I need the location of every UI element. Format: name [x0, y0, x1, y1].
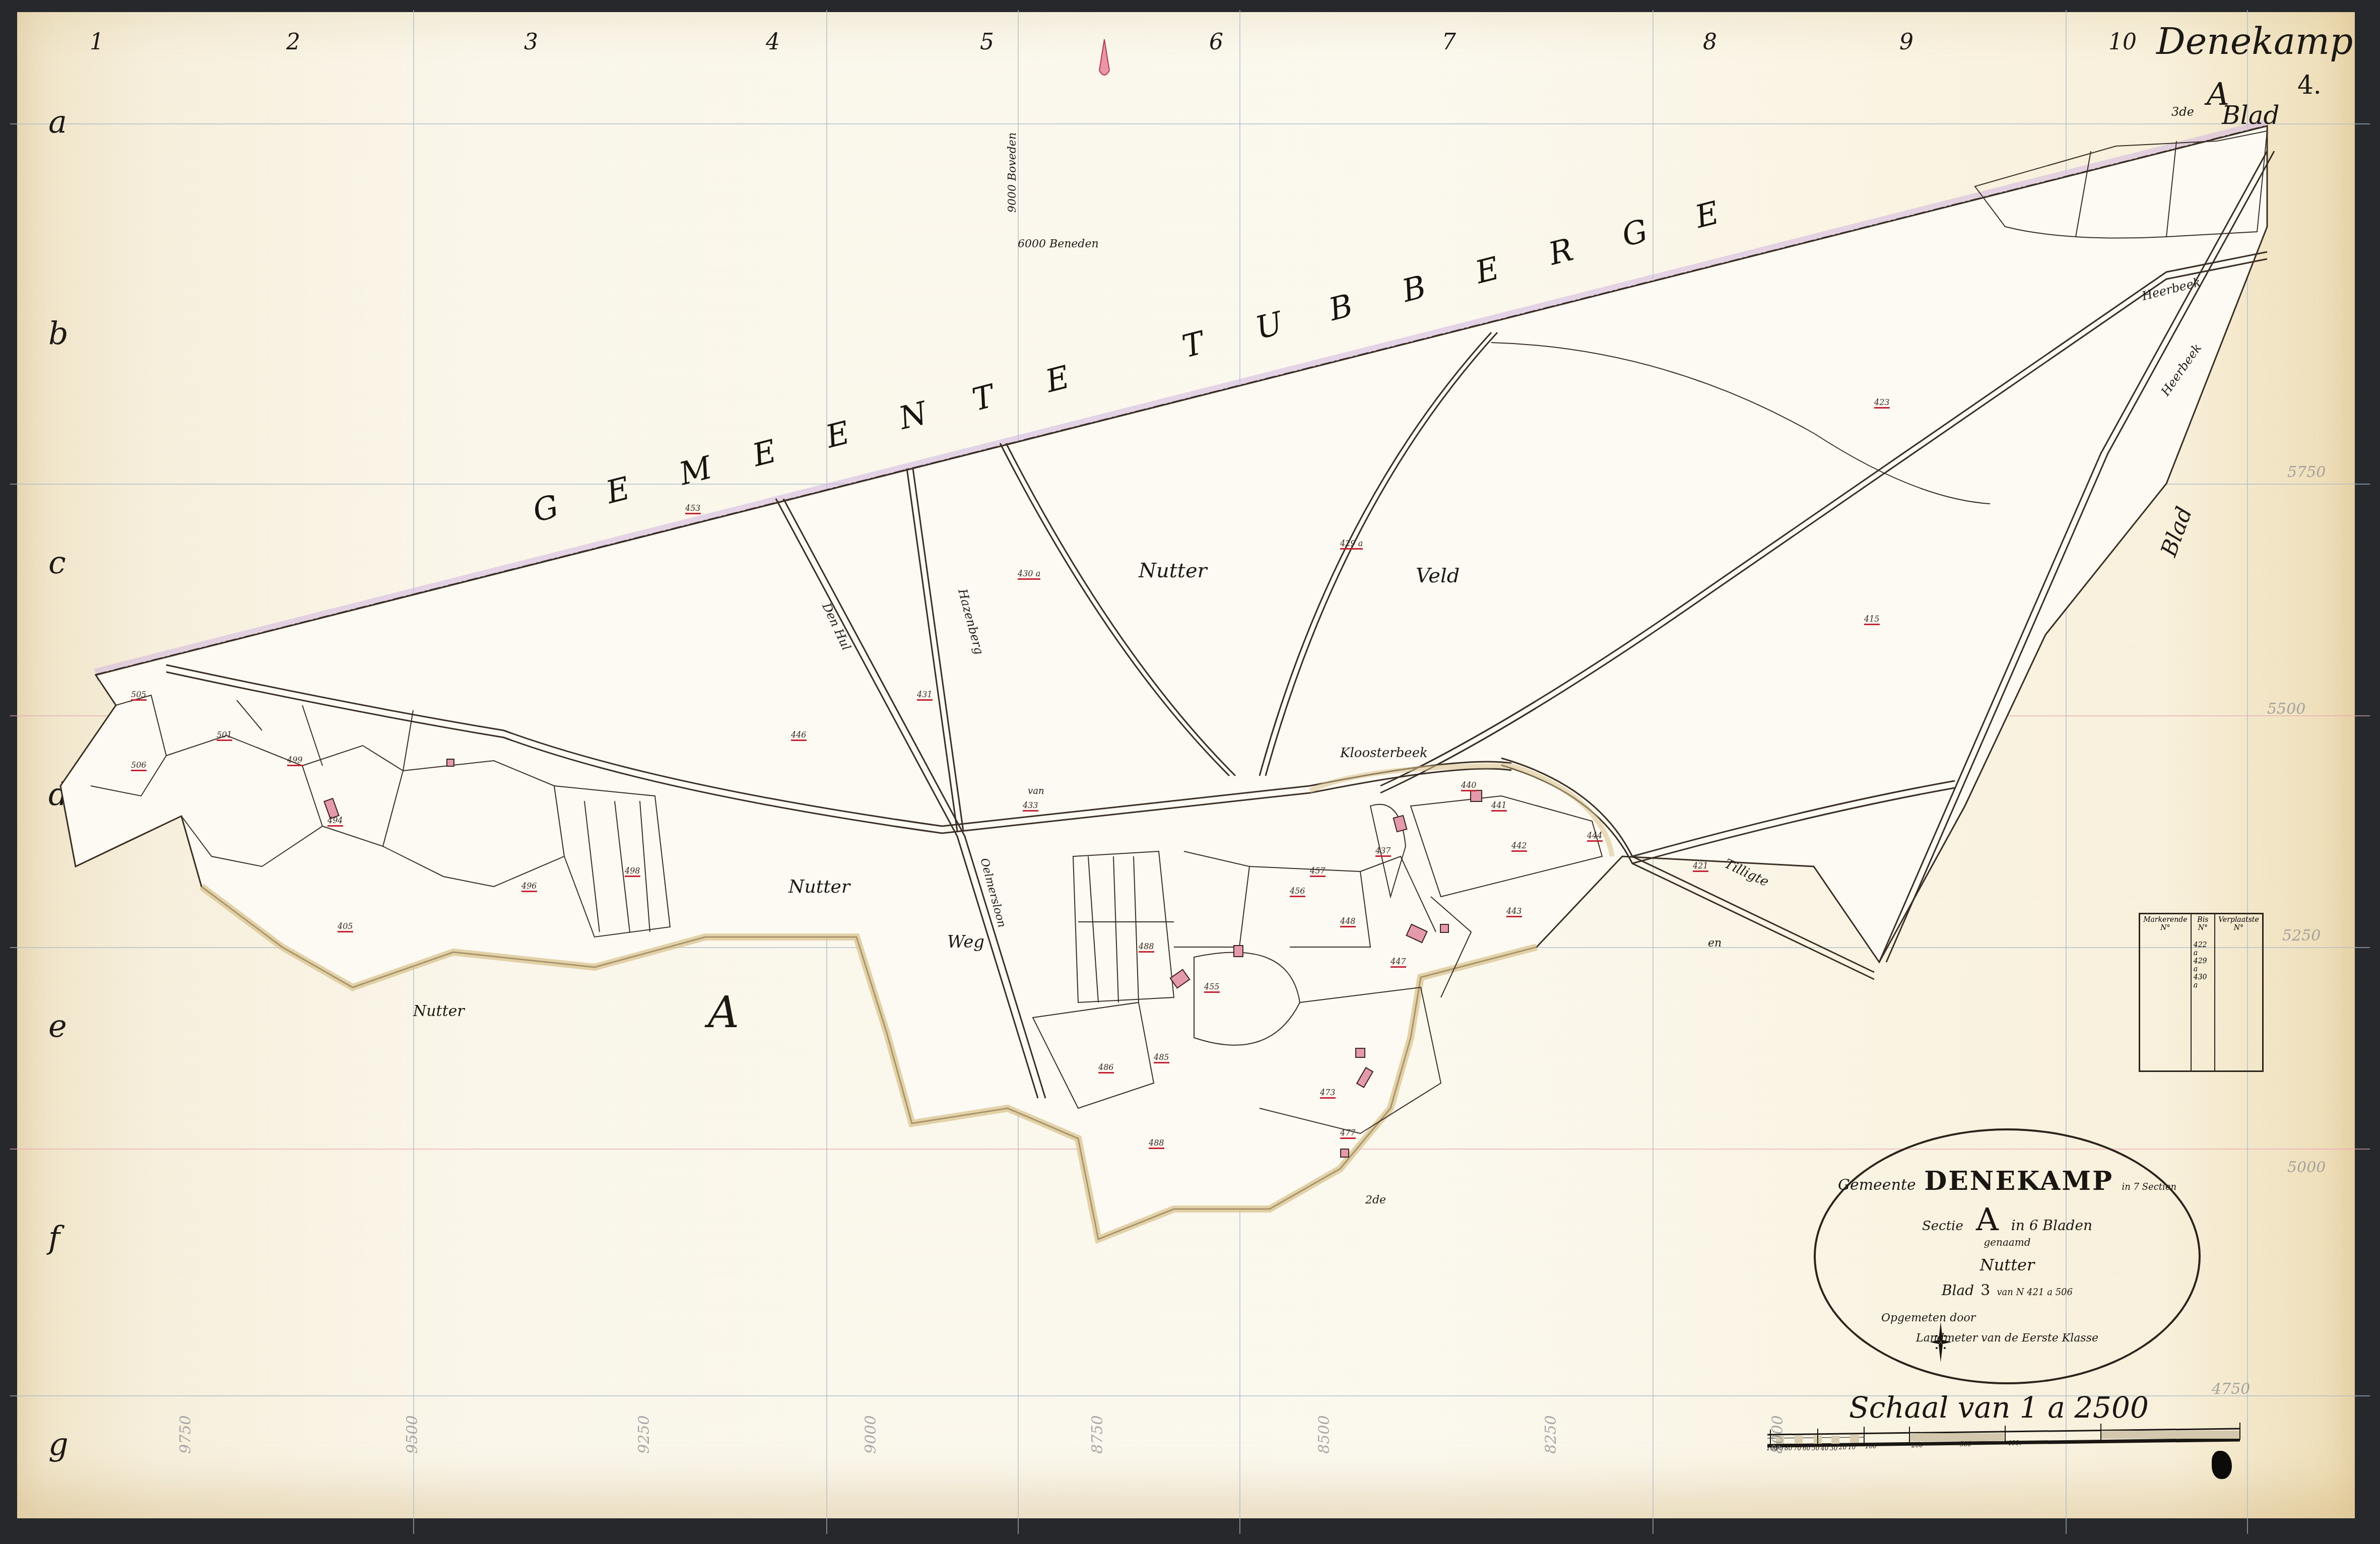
municipality-title: Denekamp	[2156, 20, 2353, 62]
parcel-number: 486	[1098, 1063, 1114, 1073]
parcel-number: 431	[917, 690, 933, 701]
sheet-word: Blad	[2222, 101, 2280, 130]
cartouche-section-letter: A	[1976, 1201, 1999, 1238]
label-nutter-veld-2: Veld	[1416, 564, 1460, 587]
label-section-a: A	[708, 987, 739, 1038]
label-6000-beneden: 6000 Beneden	[1018, 238, 1099, 250]
parcel-number: 415	[1864, 615, 1880, 625]
label-nutter-veld-1: Nutter	[1139, 559, 1207, 582]
label-nutter-left: Nutter	[413, 1002, 465, 1020]
table-header-markerende: Markerende N°	[2140, 914, 2191, 940]
cartouche-sections: in 7 Sectien	[2122, 1182, 2176, 1192]
north-arrow-icon	[1099, 39, 1109, 75]
parcel-number: 405	[338, 922, 353, 932]
building	[1355, 1048, 1365, 1058]
parcel-number: 477	[1340, 1128, 1356, 1139]
parcel-number: 430 a	[1018, 569, 1040, 580]
label-van: van	[1028, 786, 1044, 796]
sheet-number: 4.	[2297, 71, 2322, 100]
correction-table: Markerende N° Bis N° Verplaatste N° 422 …	[2139, 913, 2264, 1072]
building	[1470, 790, 1482, 802]
parcel-number: 446	[791, 730, 807, 741]
parcel-number: 505	[131, 690, 147, 701]
parcel-number: 457	[1310, 866, 1326, 877]
cartouche-title: DENEKAMP	[1924, 1166, 2113, 1196]
parcel-number: 423	[1874, 398, 1890, 409]
parcel-number: 473	[1320, 1088, 1336, 1099]
label-2de: 2de	[1365, 1194, 1386, 1206]
table-cell: 422 a 429 a 430 a	[2191, 939, 2215, 1071]
label-en: en	[1708, 937, 1722, 950]
parcel-number: 506	[131, 761, 147, 771]
table-cell	[2215, 939, 2263, 1071]
parcel-number: 448	[1340, 917, 1356, 927]
parcel-number: 429 a	[1340, 539, 1363, 550]
building	[1233, 945, 1243, 957]
cartouche-gemeente: Gemeente	[1838, 1176, 1916, 1194]
table-cell	[2140, 939, 2191, 1071]
label-9000-boveden: 9000 Boveden	[1006, 132, 1019, 213]
parcel-number: 437	[1375, 846, 1391, 857]
parcel-number: 488	[1149, 1138, 1164, 1149]
parcel-number: 442	[1511, 841, 1527, 852]
parcel-number: 441	[1491, 801, 1507, 812]
sheet-ordinal: 3de	[2171, 105, 2194, 119]
building	[1440, 924, 1449, 933]
parcel-number: 501	[217, 730, 232, 741]
cartouche-sheet-number: 3	[1980, 1282, 1990, 1299]
cartouche-name: Nutter	[1816, 1255, 2199, 1274]
parcel-number: 440	[1461, 781, 1477, 791]
parcel-number: 421	[1693, 861, 1708, 872]
parcel-number: 485	[1154, 1053, 1169, 1063]
scale-bar	[1767, 1423, 2240, 1446]
parcel-number: 443	[1506, 907, 1522, 917]
parcel-number: 444	[1587, 831, 1603, 842]
title-cartouche: Gemeente DENEKAMP in 7 Sectien Sectie A …	[1814, 1128, 2201, 1384]
building	[446, 759, 454, 767]
parcel-number: 447	[1391, 957, 1406, 968]
scale-title: Schaal van 1 a 2500	[1849, 1390, 2149, 1425]
label-nutter-mid: Nutter	[788, 877, 850, 897]
parcel-number: 433	[1023, 801, 1038, 812]
table-header-bis: Bis N°	[2191, 914, 2215, 940]
label-kloosterbeek: Kloosterbeek	[1340, 746, 1428, 761]
parcel-number: 455	[1204, 982, 1220, 993]
parcel-number: 453	[685, 504, 701, 514]
parcel-number: 496	[521, 882, 537, 892]
label-weg: Weg	[947, 932, 984, 952]
parcel-number: 499	[287, 756, 303, 766]
parcel-number: 494	[327, 816, 343, 827]
parcel-number: 498	[625, 866, 640, 877]
parcel-number: 456	[1290, 887, 1305, 897]
building	[1340, 1149, 1349, 1158]
table-header-verplaatste: Verplaatste N°	[2215, 914, 2263, 940]
parcel-number: 488	[1139, 942, 1154, 953]
